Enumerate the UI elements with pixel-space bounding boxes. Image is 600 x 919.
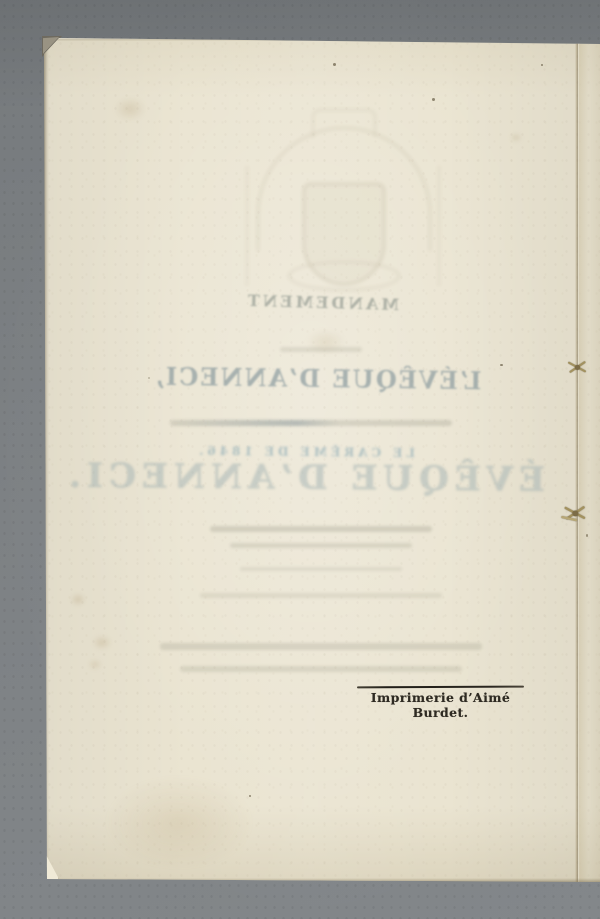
paper-left-edge	[44, 37, 49, 882]
bleedthrough-faint-line	[240, 567, 402, 571]
imprint-text: Imprimerie d’Aimé Burdet.	[347, 690, 534, 720]
episcopal-crest-bleedthrough	[230, 109, 454, 295]
crest-tassel-cord-right	[414, 167, 440, 285]
crest-motto-band	[288, 261, 400, 291]
bleedthrough-faint-line	[170, 420, 452, 426]
bleedthrough-title-eveque: L’ÉVÊQUE D’ANNECI,	[147, 362, 488, 396]
paper-top-edge	[44, 37, 600, 41]
bleedthrough-layer: MANDEMENT L’ÉVÊQUE D’ANNECI, LE CARÊME D…	[44, 37, 600, 882]
scanned-page-background: MANDEMENT L’ÉVÊQUE D’ANNECI, LE CARÊME D…	[0, 0, 600, 919]
crest-tassel-cord-left	[246, 167, 272, 285]
fold-crease-line	[575, 37, 580, 882]
bleedthrough-faint-line	[280, 347, 362, 352]
bleedthrough-faint-line	[180, 666, 462, 672]
paper-sheet: MANDEMENT L’ÉVÊQUE D’ANNECI, LE CARÊME D…	[44, 37, 600, 882]
bleedthrough-faint-line	[160, 643, 482, 650]
bleedthrough-faint-line	[210, 526, 432, 532]
stitch-thread-top	[565, 358, 591, 378]
bleedthrough-title-eveque-large: ÉVÊQUE D’ANNECI.	[105, 456, 545, 500]
bleedthrough-faint-line	[200, 593, 442, 598]
stitch-thread-bottom	[561, 503, 591, 526]
adjoining-leaf	[579, 37, 600, 882]
paper-bottom-edge	[44, 878, 600, 882]
bleedthrough-faint-line	[230, 543, 412, 548]
